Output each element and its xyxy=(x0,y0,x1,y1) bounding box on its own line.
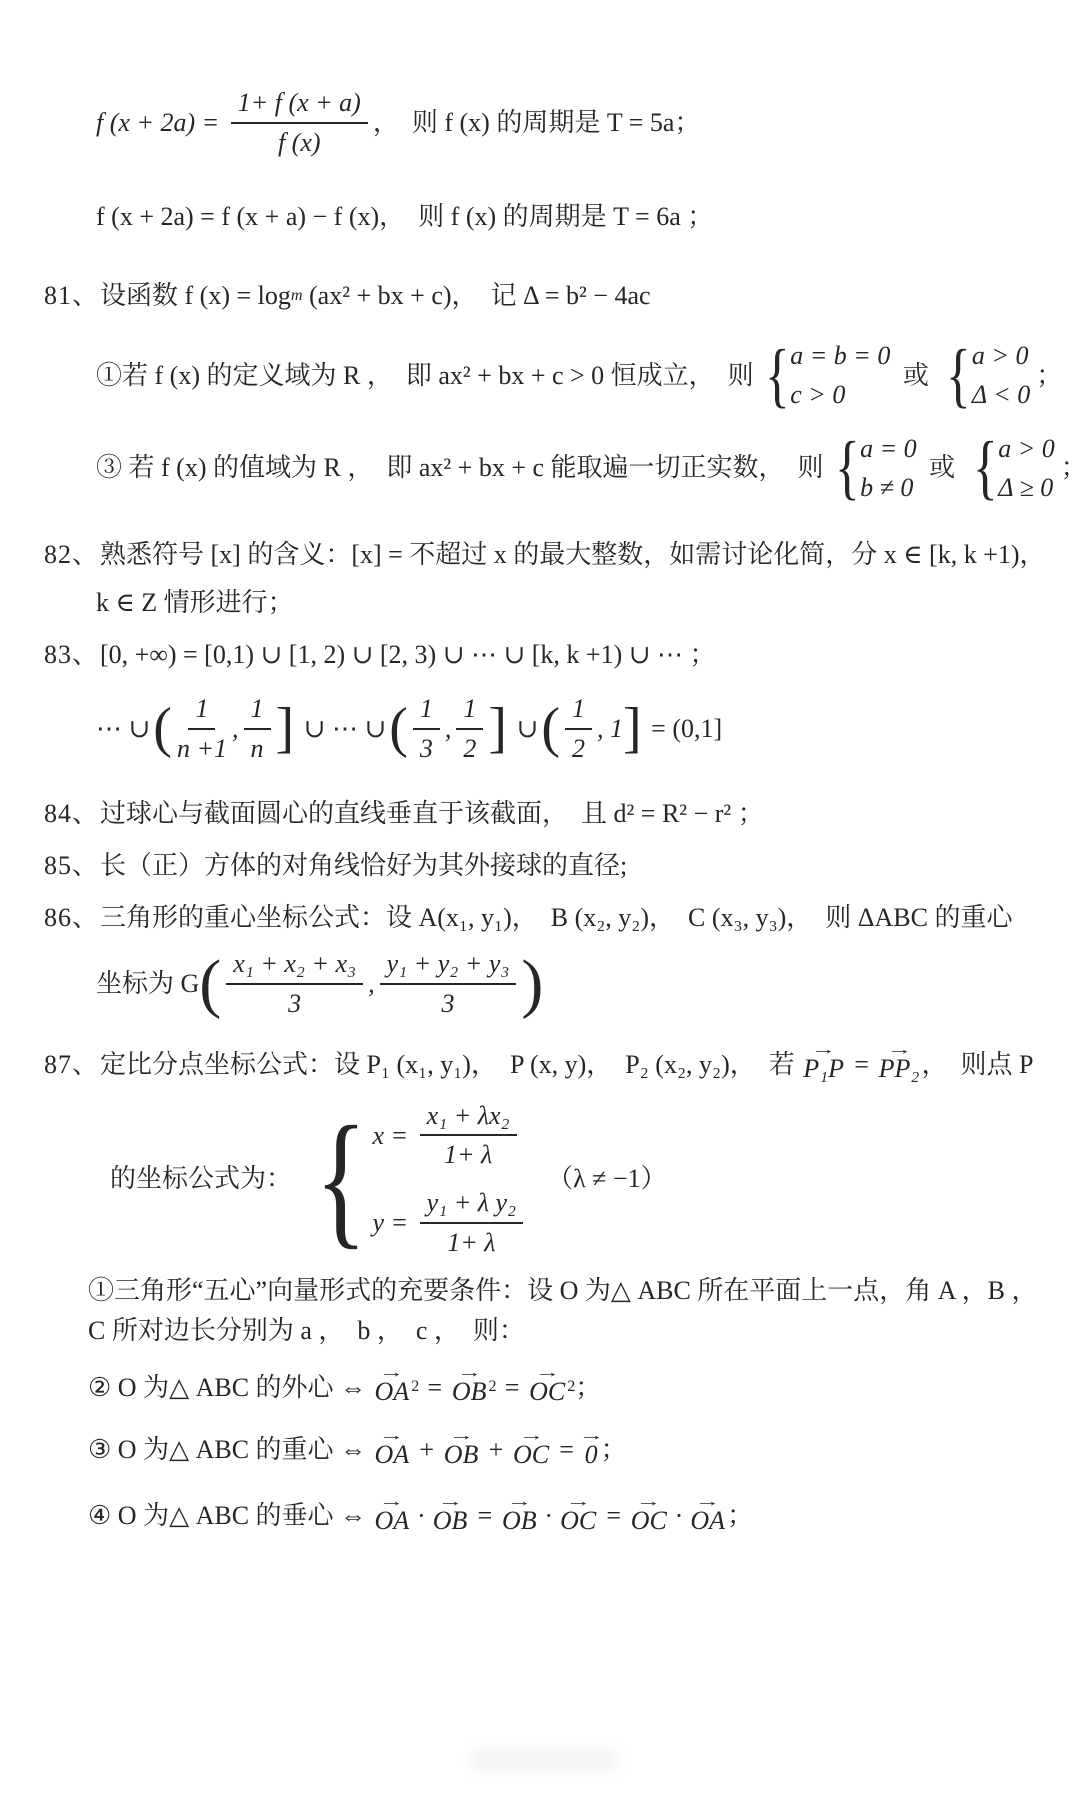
lhs: x = xyxy=(373,1119,415,1153)
item-number: 82、 xyxy=(44,538,100,572)
vector-body: OC xyxy=(631,1507,667,1534)
vector-body: OB xyxy=(444,1441,479,1468)
item-81: 81、 设函数 f (x) = logm (ax² + bx + c)， 记 Δ… xyxy=(0,279,1080,313)
formula-text: f (x + 2a) = f (x + a) − f (x)， 则 f (x) … xyxy=(96,200,713,234)
left-brace: { xyxy=(834,437,859,498)
note-text: ①三角形“五心”向量形式的充要条件：设 O 为△ ABC 所在平面上一点，角 A… xyxy=(88,1274,1038,1308)
vector-arrow-icon: → xyxy=(379,1498,405,1507)
vector: → OC xyxy=(631,1498,667,1534)
vector-body: OB xyxy=(433,1507,468,1534)
item-86-line-2: 坐标为 G ( x₁ + x₂ + x₃ 3 , y₁ + y₂ + y₃ 3 … xyxy=(96,947,1080,1021)
fraction-denominator: 2 xyxy=(463,730,476,766)
vector: → OA xyxy=(375,1432,410,1468)
open-bracket: ( xyxy=(153,703,172,753)
exponent: 2 xyxy=(489,1377,497,1398)
item-84: 84、 过球心与截面圆心的直线垂直于该截面， 且 d² = R² − r² ； xyxy=(0,797,1080,831)
case-system: { a = 0 b ≠ 0 xyxy=(830,432,917,505)
vector-arrow-icon: → xyxy=(695,1498,721,1507)
fraction-denominator: f (x) xyxy=(278,124,321,160)
equals: = xyxy=(419,1371,450,1405)
faint-watermark xyxy=(470,1748,620,1772)
left-brace: { xyxy=(972,437,997,498)
vector: → OB xyxy=(452,1369,487,1405)
formula-text: 长（正）方体的对角线恰好为其外接球的直径; xyxy=(100,849,627,883)
punctuation: ； xyxy=(1061,451,1080,485)
formula-text: 三角形的重心坐标公式：设 A(x₁, y₁)， B (x₂, y₂)， C (x… xyxy=(100,901,1012,935)
vector-body: P₁P xyxy=(803,1055,844,1082)
punctuation: ； xyxy=(727,1499,753,1533)
equals: = xyxy=(598,1499,629,1533)
case-row: a > 0 xyxy=(972,339,1030,373)
fraction-denominator: 3 xyxy=(442,985,455,1021)
fraction-denominator: 3 xyxy=(288,985,301,1021)
comma: , xyxy=(232,712,239,746)
formula-text: ， 则 f (x) 的周期是 T = 5a； xyxy=(373,106,701,140)
formula-text: 过球心与截面圆心的直线垂直于该截面， 且 d² = R² − r² ； xyxy=(100,797,764,831)
formula-text: 的坐标公式为： xyxy=(110,1162,299,1196)
fraction: y₁ + λ y₂ 1+ λ xyxy=(420,1186,523,1260)
comma: , xyxy=(445,712,452,746)
fraction: 1 3 xyxy=(413,692,440,766)
vector: → OB xyxy=(433,1498,468,1534)
item-87: 87、 定比分点坐标公式：设 P₁ (x₁, y₁)， P (x, y)， P₂… xyxy=(0,1046,1080,1082)
dot-operator: · xyxy=(539,1499,559,1533)
formula-text: 定比分点坐标公式：设 P₁ (x₁, y₁)， P (x, y)， P₂ (x₂… xyxy=(100,1048,801,1082)
vector-arrow-icon: → xyxy=(636,1498,662,1507)
open-bracket: ( xyxy=(541,703,560,753)
equals: = xyxy=(469,1499,500,1533)
case-system: { a > 0 Δ < 0 xyxy=(941,339,1030,412)
vector-body: OA xyxy=(690,1507,725,1534)
case-row: a = b = 0 xyxy=(790,339,890,373)
item-number: 81、 xyxy=(44,279,100,313)
fraction-numerator: x₁ + x₂ + x₃ xyxy=(226,947,363,985)
note-3-centroid: ③ O 为△ ABC 的重心 ⇔ → OA + → OB + → OC = → … xyxy=(88,1432,1080,1468)
formula-text: k ∈ Z 情形进行； xyxy=(96,586,294,620)
vector: → OA xyxy=(375,1369,410,1405)
vector-arrow-icon: → xyxy=(448,1432,474,1441)
vector: → 0 xyxy=(584,1432,599,1468)
case-system: { a > 0 Δ ≥ 0 xyxy=(968,432,1055,505)
formula-text: 熟悉符号 [x] 的含义：[x] = 不超过 x 的最大整数，如需讨论化简，分 … xyxy=(100,538,1046,572)
fraction-numerator: y₁ + y₂ + y₃ xyxy=(380,947,517,985)
fraction-denominator: n +1 xyxy=(177,730,227,766)
formula-text: 设函数 f (x) = log xyxy=(100,279,291,313)
open-bracket: ( xyxy=(389,703,408,753)
vector: → PP₂ xyxy=(879,1046,920,1082)
plus: + xyxy=(411,1433,442,1467)
vector-arrow-icon: → xyxy=(437,1498,463,1507)
note-1-line-2: C 所对边长分别为 a ， b ， c ， 则： xyxy=(88,1314,1080,1348)
log-base-subscript: m xyxy=(291,286,303,307)
vector-arrow-icon: → xyxy=(534,1369,560,1378)
fraction-denominator: 1+ λ xyxy=(447,1224,495,1260)
item-83-line-2: ⋯ ∪ ( 1 n +1 , 1 n ] ∪ ⋯ ∪ ( 1 3 xyxy=(96,692,1080,766)
fraction-numerator: 1 xyxy=(413,692,440,730)
punctuation: ； xyxy=(575,1371,601,1405)
fraction: 1+ f (x + a) f (x) xyxy=(231,86,368,160)
fraction: y₁ + y₂ + y₃ 3 xyxy=(380,947,517,1021)
close-paren: ) xyxy=(521,956,543,1012)
case-row: y = y₁ + λ y₂ 1+ λ xyxy=(373,1186,529,1260)
formula-text: [0, +∞) = [0,1) ∪ [1, 2) ∪ [2, 3) ∪ ⋯ ∪ … xyxy=(100,638,716,672)
vector: → OC xyxy=(560,1498,596,1534)
vector-body: PP₂ xyxy=(879,1055,920,1082)
fraction: x₁ + x₂ + x₃ 3 xyxy=(226,947,363,1021)
item-number: 84、 xyxy=(44,797,100,831)
formula-period-5a: f (x + 2a) = 1+ f (x + a) f (x) ， 则 f (x… xyxy=(96,86,1080,160)
open-paren: ( xyxy=(199,956,221,1012)
interval-group: ( 1 2 , 1 ] xyxy=(541,692,641,766)
page-content: f (x + 2a) = 1+ f (x + a) f (x) ， 则 f (x… xyxy=(0,0,1080,1534)
left-brace: { xyxy=(765,345,790,406)
equals: = xyxy=(551,1433,582,1467)
vector: → OA xyxy=(690,1498,725,1534)
item-81-case-1: ①若 f (x) 的定义域为 R ， 即 ax² + bx + c > 0 恒成… xyxy=(96,339,1080,412)
case-row: c > 0 xyxy=(790,378,890,412)
vector-body: 0 xyxy=(585,1441,598,1468)
punctuation: ； xyxy=(601,1433,627,1467)
exponent: 2 xyxy=(411,1377,419,1398)
item-81-case-3: ③ 若 f (x) 的值域为 R ， 即 ax² + bx + c 能取遍一切正… xyxy=(96,432,1080,505)
item-82-line-2: k ∈ Z 情形进行； xyxy=(96,586,1080,620)
case-row: a = 0 xyxy=(860,432,917,466)
vector-arrow-icon: → xyxy=(578,1432,604,1441)
item-86: 86、 三角形的重心坐标公式：设 A(x₁, y₁)， B (x₂, y₂)， … xyxy=(0,901,1080,935)
dot-operator: · xyxy=(411,1499,431,1533)
vector-arrow-icon: → xyxy=(565,1498,591,1507)
vector: → OA xyxy=(375,1498,410,1534)
note-4-orthocenter: ④ O 为△ ABC 的垂心 ⇔ → OA · → OB = → OB · → … xyxy=(88,1498,1080,1534)
plus: + xyxy=(480,1433,511,1467)
item-number: 87、 xyxy=(44,1048,100,1082)
fraction-denominator: 1+ λ xyxy=(444,1136,492,1172)
note-2-circumcenter: ② O 为△ ABC 的外心 ⇔ → OA 2 = → OB 2 = → OC … xyxy=(88,1369,1080,1405)
formula-text: f (x + 2a) = xyxy=(96,106,226,140)
vector-arrow-icon: → xyxy=(379,1432,405,1441)
fraction: 1 n xyxy=(244,692,271,766)
formula-text: (ax² + bx + c)， 记 Δ = b² − 4ac xyxy=(303,279,651,313)
case-row: Δ < 0 xyxy=(972,378,1030,412)
item-87-line-2: 的坐标公式为： { x = x₁ + λx₂ 1+ λ y = y₁ xyxy=(110,1099,1080,1260)
formula-text: ⋯ ∪ xyxy=(96,712,150,746)
vector: → OB xyxy=(502,1498,537,1534)
left-brace: { xyxy=(315,1119,367,1239)
condition-text: （λ ≠ −1） xyxy=(534,1162,667,1196)
vector-arrow-icon: → xyxy=(518,1432,544,1441)
fraction-numerator: 1+ f (x + a) xyxy=(231,86,368,124)
equals: = xyxy=(846,1048,877,1082)
note-text: ③ O 为△ ABC 的重心 ⇔ xyxy=(88,1433,373,1467)
item-number: 85、 xyxy=(44,849,100,883)
vector-body: OA xyxy=(375,1441,410,1468)
vector: → OC xyxy=(529,1369,565,1405)
equals: = xyxy=(497,1371,528,1405)
formula-text: ∪ ⋯ ∪ xyxy=(297,712,386,746)
note-text: C 所对边长分别为 a ， b ， c ， 则： xyxy=(88,1314,525,1348)
formula-text: 坐标为 G xyxy=(96,967,199,1001)
formula-text: ①若 f (x) 的定义域为 R ， 即 ax² + bx + c > 0 恒成… xyxy=(96,359,754,393)
document-page: f (x + 2a) = 1+ f (x + a) f (x) ， 则 f (x… xyxy=(0,0,1080,1810)
vector-body: OC xyxy=(513,1441,549,1468)
fraction: 1 n +1 xyxy=(177,692,227,766)
fraction-denominator: 3 xyxy=(420,730,433,766)
vector-body: OC xyxy=(529,1378,565,1405)
item-number: 86、 xyxy=(44,901,100,935)
close-bracket: ] xyxy=(623,703,642,753)
note-text: ② O 为△ ABC 的外心 ⇔ xyxy=(88,1371,373,1405)
fraction-numerator: x₁ + λx₂ xyxy=(420,1099,517,1137)
case-rows: x = x₁ + λx₂ 1+ λ y = y₁ + λ y₂ 1+ λ xyxy=(373,1099,529,1260)
case-row: b ≠ 0 xyxy=(860,471,917,505)
coordinate-system: { x = x₁ + λx₂ 1+ λ y = y₁ + λ y₂ 1+ xyxy=(305,1099,529,1260)
case-rows: a > 0 Δ < 0 xyxy=(972,339,1030,412)
vector-body: OB xyxy=(452,1378,487,1405)
left-brace: { xyxy=(946,345,971,406)
fraction-numerator: y₁ + λ y₂ xyxy=(420,1186,523,1224)
case-system: { a = b = 0 c > 0 xyxy=(760,339,891,412)
case-rows: a = 0 b ≠ 0 xyxy=(860,432,917,505)
fraction-numerator: 1 xyxy=(188,692,215,730)
item-82: 82、 熟悉符号 [x] 的含义：[x] = 不超过 x 的最大整数，如需讨论化… xyxy=(0,538,1080,572)
vector-body: OA xyxy=(375,1378,410,1405)
fraction: 1 2 xyxy=(456,692,483,766)
punctuation: ； xyxy=(1036,359,1062,393)
comma: , 1 xyxy=(597,712,623,746)
vector-arrow-icon: → xyxy=(456,1369,482,1378)
vector-arrow-icon: → xyxy=(507,1498,533,1507)
formula-text: ， 则点 P xyxy=(921,1048,1033,1082)
fraction-numerator: 1 xyxy=(244,692,271,730)
case-row: x = x₁ + λx₂ 1+ λ xyxy=(373,1099,529,1173)
close-bracket: ] xyxy=(488,703,507,753)
vector-body: OB xyxy=(502,1507,537,1534)
item-number: 83、 xyxy=(44,638,100,672)
comma: , xyxy=(368,967,375,1001)
note-text: ④ O 为△ ABC 的垂心 ⇔ xyxy=(88,1499,373,1533)
vector-body: OC xyxy=(560,1507,596,1534)
vector-arrow-icon: → xyxy=(886,1046,912,1055)
vector: → OC xyxy=(513,1432,549,1468)
formula-text: = (0,1] xyxy=(645,712,722,746)
exponent: 2 xyxy=(567,1377,575,1398)
fraction-numerator: 1 xyxy=(456,692,483,730)
item-83: 83、 [0, +∞) = [0,1) ∪ [1, 2) ∪ [2, 3) ∪ … xyxy=(0,638,1080,672)
case-rows: a > 0 Δ ≥ 0 xyxy=(998,432,1055,505)
formula-text: ∪ xyxy=(510,712,538,746)
vector: → P₁P xyxy=(803,1046,844,1082)
vector-body: OA xyxy=(375,1507,410,1534)
fraction: 1 2 xyxy=(565,692,592,766)
case-row: a > 0 xyxy=(998,432,1055,466)
vector: → OB xyxy=(444,1432,479,1468)
close-bracket: ] xyxy=(276,703,295,753)
fraction-denominator: n xyxy=(251,730,264,766)
interval-group: ( 1 3 , 1 2 ] xyxy=(389,692,507,766)
or-text: 或 xyxy=(923,451,962,485)
interval-group: ( 1 n +1 , 1 n ] xyxy=(153,692,294,766)
vector-arrow-icon: → xyxy=(811,1046,837,1055)
note-1-line-1: ①三角形“五心”向量形式的充要条件：设 O 为△ ABC 所在平面上一点，角 A… xyxy=(88,1274,1080,1308)
fraction-numerator: 1 xyxy=(565,692,592,730)
case-rows: a = b = 0 c > 0 xyxy=(790,339,890,412)
fraction-denominator: 2 xyxy=(572,730,585,766)
case-row: Δ ≥ 0 xyxy=(998,471,1055,505)
formula-text: ③ 若 f (x) 的值域为 R ， 即 ax² + bx + c 能取遍一切正… xyxy=(96,451,824,485)
or-text: 或 xyxy=(896,359,935,393)
fraction: x₁ + λx₂ 1+ λ xyxy=(420,1099,517,1173)
dot-operator: · xyxy=(669,1499,689,1533)
lhs: y = xyxy=(373,1206,415,1240)
vector-arrow-icon: → xyxy=(379,1369,405,1378)
formula-period-6a: f (x + 2a) = f (x + a) − f (x)， 则 f (x) … xyxy=(96,200,1080,234)
item-85: 85、 长（正）方体的对角线恰好为其外接球的直径; xyxy=(0,849,1080,883)
